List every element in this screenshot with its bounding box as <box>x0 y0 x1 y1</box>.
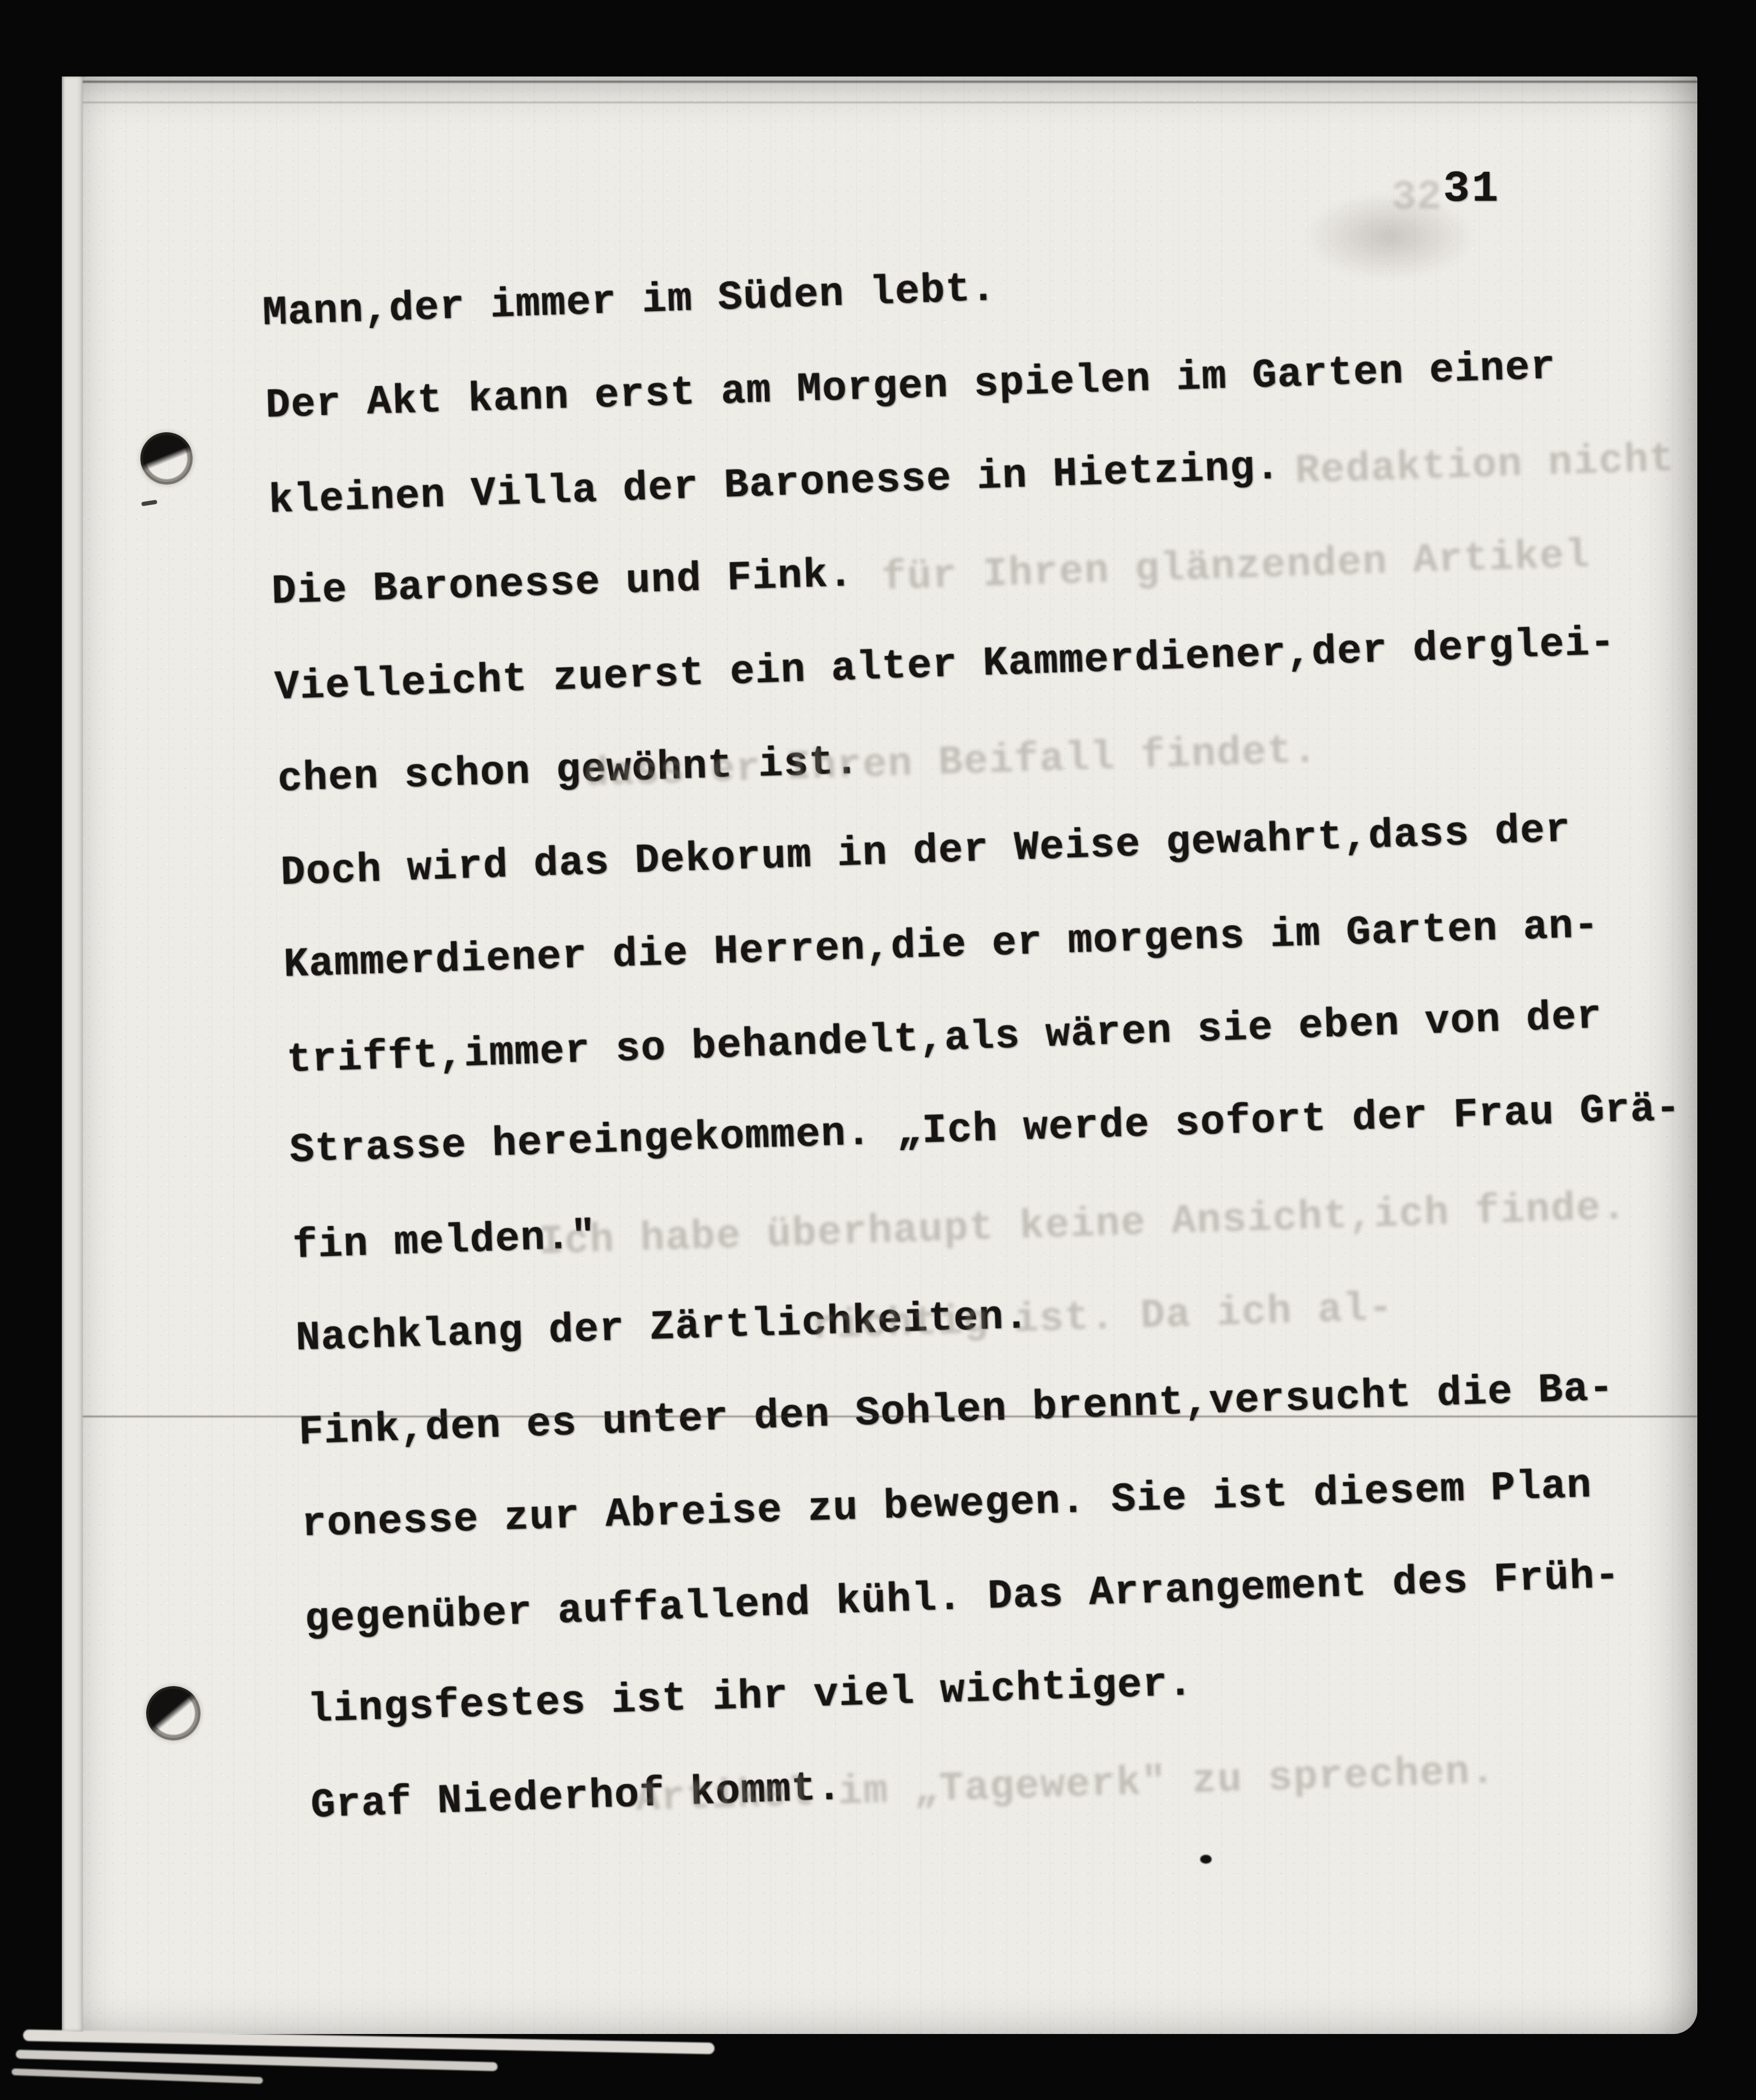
typewritten-line: lingsfestes ist ihr viel wichtiger. <box>307 1661 1194 1734</box>
page-number: 31 <box>1443 165 1500 214</box>
typewritten-line: Kammerdiener die Herren,die er morgens i… <box>283 903 1600 989</box>
bleedthrough-page-number: 32 <box>1391 174 1442 222</box>
typewritten-text-block: Mann,der immer im Süden lebt.Der Akt kan… <box>262 242 1756 1966</box>
underlying-sheet-edge <box>62 76 85 2031</box>
ink-dot <box>1200 1855 1212 1864</box>
punch-hole-top <box>140 432 193 485</box>
scan-streak <box>83 81 1697 83</box>
typewritten-line: trifft,immer so behandelt,als wären sie … <box>286 993 1603 1084</box>
bleedthrough-line: dass er Ihren Beifall findet. <box>584 728 1319 797</box>
typewritten-line: kleinen Villa der Baronesse in Hietzing. <box>268 444 1281 524</box>
typewritten-line: Mann,der immer im Süden lebt. <box>262 266 997 337</box>
typewritten-line: Vielleicht zuerst ein alter Kammerdiener… <box>274 620 1616 711</box>
bleedthrough-line: für Ihren glänzenden Artikel <box>881 532 1591 601</box>
typewritten-line: gegenüber auffallend kühl. Das Arrangeme… <box>304 1553 1621 1644</box>
bleedthrough-line: Ich habe überhaupt keine Ansicht,ich fin… <box>539 1185 1628 1266</box>
scan-artifact-line <box>83 1416 1697 1417</box>
paper-sheet: 32 31 Mann,der immer im Süden lebt.Der A… <box>83 76 1697 2034</box>
scan-streak <box>83 102 1697 103</box>
typewritten-line: Die Baronesse und Fink. <box>271 552 854 616</box>
typewritten-line: Strasse hereingekommen. „Ich werde sofor… <box>289 1086 1682 1174</box>
punch-hole-bottom <box>139 1679 207 1747</box>
bleedthrough-line: Artikel im „Tagewerk" zu sprechen. <box>635 1748 1496 1822</box>
bleedthrough-line: richtig ist. Da ich al- <box>811 1285 1394 1350</box>
bleedthrough-line: Redaktion nicht <box>1294 436 1675 495</box>
typewritten-line: Doch wird das Dekorum in der Weise gewah… <box>280 807 1571 896</box>
typewritten-line: Fink,den es unter den Sohlen brennt,vers… <box>298 1365 1615 1456</box>
typewritten-line: Der Akt kann erst am Morgen spielen im G… <box>265 344 1556 429</box>
typewritten-line: ronesse zur Abreise zu bewegen. Sie ist … <box>301 1463 1593 1548</box>
ink-dash-mark <box>141 500 158 507</box>
scanned-page: 32 31 Mann,der immer im Süden lebt.Der A… <box>0 0 1756 2100</box>
